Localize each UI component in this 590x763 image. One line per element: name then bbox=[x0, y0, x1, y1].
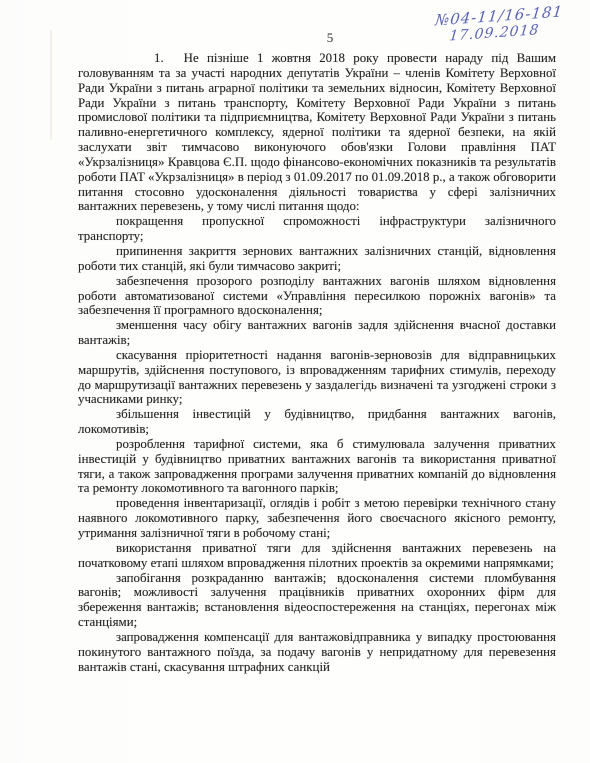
scanned-document-page: №04-11/16-181 17.09.2018 5 1.Не пізніше … bbox=[0, 0, 590, 763]
sub-paragraph: використання приватної тяги для здійснен… bbox=[78, 541, 556, 571]
sub-paragraph: розроблення тарифної системи, яка б стим… bbox=[78, 437, 556, 496]
sub-paragraph: запобігання розкраданню вантажів; вдоско… bbox=[78, 571, 556, 630]
page-number: 5 bbox=[90, 30, 570, 46]
sub-paragraph: скасування пріоритетності надання вагоні… bbox=[78, 348, 556, 407]
scan-crease-artifact bbox=[50, 30, 52, 140]
lead-paragraph: 1.Не пізніше 1 жовтня 2018 року провести… bbox=[78, 51, 556, 214]
sub-paragraph: запровадження компенсації для вантажовід… bbox=[78, 630, 556, 675]
lead-paragraph-text: Не пізніше 1 жовтня 2018 року провести н… bbox=[78, 51, 556, 213]
sub-paragraph: проведення інвентаризації, оглядів і роб… bbox=[78, 496, 556, 541]
sub-paragraph: збільшення інвестицій у будівництво, при… bbox=[78, 407, 556, 437]
item-number: 1. bbox=[116, 51, 164, 66]
sub-paragraph: забезпечення прозорого розподілу вантажн… bbox=[78, 274, 556, 319]
sub-paragraph: зменшення часу обігу вантажних вагонів з… bbox=[78, 318, 556, 348]
sub-paragraph: покращення пропускної спроможності інфра… bbox=[78, 214, 556, 244]
document-body: 1.Не пізніше 1 жовтня 2018 року провести… bbox=[78, 51, 556, 674]
sub-paragraph: припинення закриття зернових вантажних з… bbox=[78, 244, 556, 274]
